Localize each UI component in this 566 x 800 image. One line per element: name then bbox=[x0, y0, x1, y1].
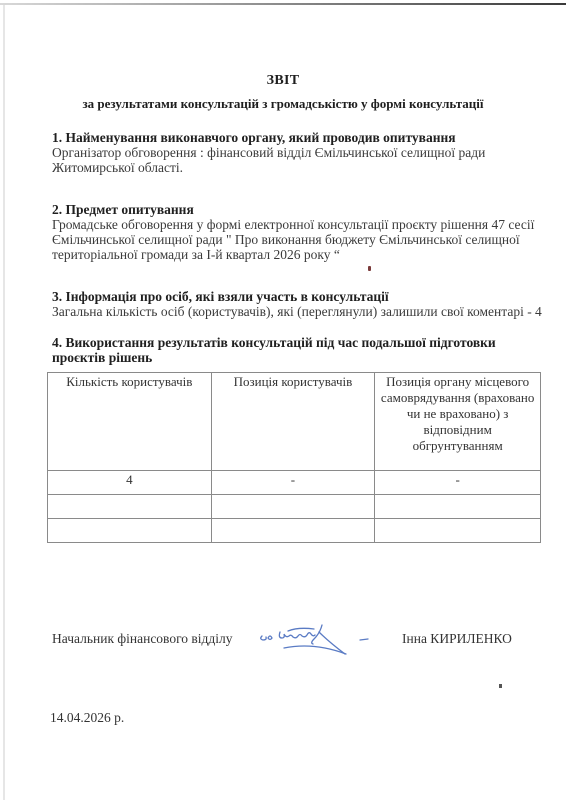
section-text: Громадське обговорення у формі електронн… bbox=[52, 217, 542, 262]
table-cell bbox=[211, 495, 375, 519]
section-heading: 3. Інформація про осіб, які взяли участь… bbox=[52, 289, 542, 304]
table-cell: - bbox=[211, 471, 375, 495]
table-cell: - bbox=[375, 471, 541, 495]
section-heading: 4. Використання результатів консультацій… bbox=[52, 335, 542, 365]
ink-speck bbox=[368, 266, 371, 271]
section-heading: 1. Найменування виконавчого органу, який… bbox=[52, 130, 542, 145]
table-row: 4 - - bbox=[48, 471, 541, 495]
header-users-position: Позиція користувачів bbox=[211, 373, 375, 471]
scan-edge-left bbox=[3, 5, 5, 800]
section-text: Загальна кількість осіб (користувачів), … bbox=[52, 304, 542, 319]
section-participants-info: 3. Інформація про осіб, які взяли участь… bbox=[52, 289, 542, 319]
document-date: 14.04.2026 р. bbox=[50, 710, 124, 726]
section-results-usage: 4. Використання результатів консультацій… bbox=[52, 335, 542, 365]
document-subtitle: за результатами консультацій з громадськ… bbox=[0, 96, 566, 112]
table-cell bbox=[48, 519, 212, 543]
section-executive-body: 1. Найменування виконавчого органу, який… bbox=[52, 130, 542, 175]
table-row bbox=[48, 519, 541, 543]
signatory-role: Начальник фінансового відділу bbox=[52, 631, 233, 647]
section-heading: 2. Предмет опитування bbox=[52, 202, 542, 217]
table-header-row: Кількість користувачів Позиція користува… bbox=[48, 373, 541, 471]
table-cell bbox=[211, 519, 375, 543]
ink-speck bbox=[499, 684, 502, 688]
table-cell: 4 bbox=[48, 471, 212, 495]
consultation-results-table: Кількість користувачів Позиція користува… bbox=[47, 372, 541, 543]
handwritten-signature-icon bbox=[254, 622, 384, 661]
table-row bbox=[48, 495, 541, 519]
document-title: ЗВІТ bbox=[0, 73, 566, 89]
signatory-name: Інна КИРИЛЕНКО bbox=[402, 631, 512, 647]
header-users-count: Кількість користувачів bbox=[48, 373, 212, 471]
table-cell bbox=[48, 495, 212, 519]
table-cell bbox=[375, 495, 541, 519]
section-text: Організатор обговорення : фінансовий від… bbox=[52, 145, 542, 175]
section-survey-subject: 2. Предмет опитування Громадське обговор… bbox=[52, 202, 542, 262]
scan-edge-top bbox=[0, 3, 566, 5]
table-cell bbox=[375, 519, 541, 543]
header-authority-position: Позиція органу місцевого самоврядування … bbox=[375, 373, 541, 471]
